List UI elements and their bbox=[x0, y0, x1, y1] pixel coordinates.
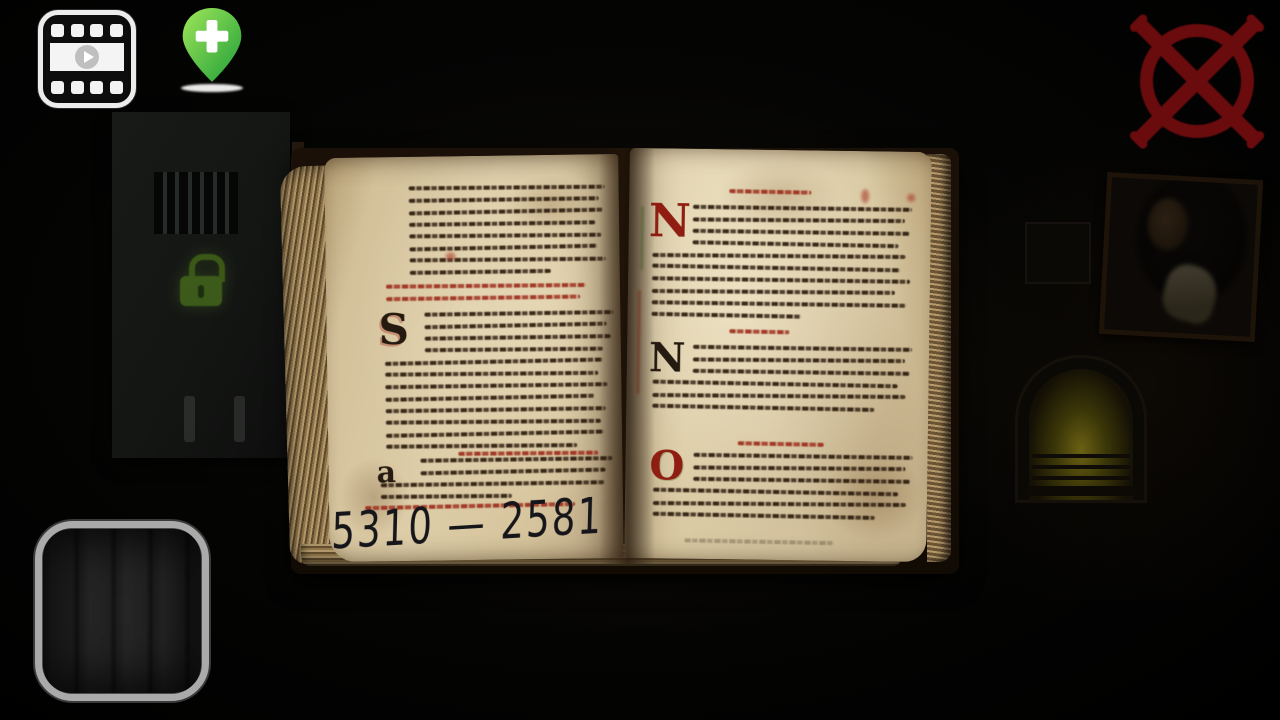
initial-flourish bbox=[640, 206, 644, 270]
locked-door[interactable] bbox=[112, 112, 290, 458]
wood-texture bbox=[43, 529, 201, 693]
rubric-mark bbox=[446, 252, 456, 260]
portrait-painting[interactable] bbox=[1099, 172, 1263, 342]
film-play-icon bbox=[46, 18, 128, 100]
play-icon bbox=[75, 45, 99, 69]
decorative-initial: O bbox=[649, 448, 684, 484]
manuscript-paragraph: N bbox=[652, 344, 911, 420]
margin-rubric-mark bbox=[636, 290, 640, 394]
pin-shadow bbox=[181, 84, 243, 92]
open-manuscript-book: S a 5310 — 2581 N N bbox=[283, 140, 963, 576]
door-barred-window bbox=[154, 172, 238, 234]
rubric-lines bbox=[386, 282, 586, 309]
handwritten-code: 5310 — 2581 bbox=[331, 487, 604, 561]
rubric-mark bbox=[861, 189, 869, 203]
rubric-heading bbox=[729, 329, 789, 342]
manuscript-paragraph: O bbox=[653, 452, 912, 528]
fireplace[interactable] bbox=[1018, 358, 1144, 500]
decorative-initial: N bbox=[649, 200, 692, 242]
rubric-heading bbox=[729, 189, 811, 202]
fireplace-grate bbox=[1032, 454, 1130, 480]
manuscript-paragraph bbox=[409, 184, 606, 283]
decorative-initial: N bbox=[649, 340, 686, 377]
rubric-inline bbox=[458, 451, 598, 456]
manuscript-paragraph: N bbox=[651, 204, 911, 328]
add-location-button[interactable] bbox=[181, 8, 245, 98]
decorative-initial: S bbox=[378, 311, 409, 349]
video-hint-button[interactable] bbox=[38, 10, 136, 108]
radiator bbox=[182, 396, 252, 442]
manuscript-paragraph: S bbox=[384, 310, 608, 457]
book-page-left[interactable]: S a 5310 — 2581 bbox=[324, 154, 624, 562]
inventory-slot[interactable] bbox=[35, 521, 209, 701]
fireplace-glow bbox=[1029, 369, 1133, 500]
fireplace-ledge bbox=[1026, 486, 1136, 496]
game-screen: S a 5310 — 2581 N N bbox=[0, 0, 1280, 720]
padlock-icon bbox=[180, 254, 222, 306]
rubric-mark bbox=[907, 194, 915, 202]
map-pin-plus-icon bbox=[181, 8, 243, 84]
small-wall-frame bbox=[1025, 222, 1091, 284]
close-book-button[interactable] bbox=[1130, 14, 1264, 148]
faint-pen-marks bbox=[684, 538, 834, 545]
book-page-right[interactable]: N N O bbox=[624, 148, 932, 562]
